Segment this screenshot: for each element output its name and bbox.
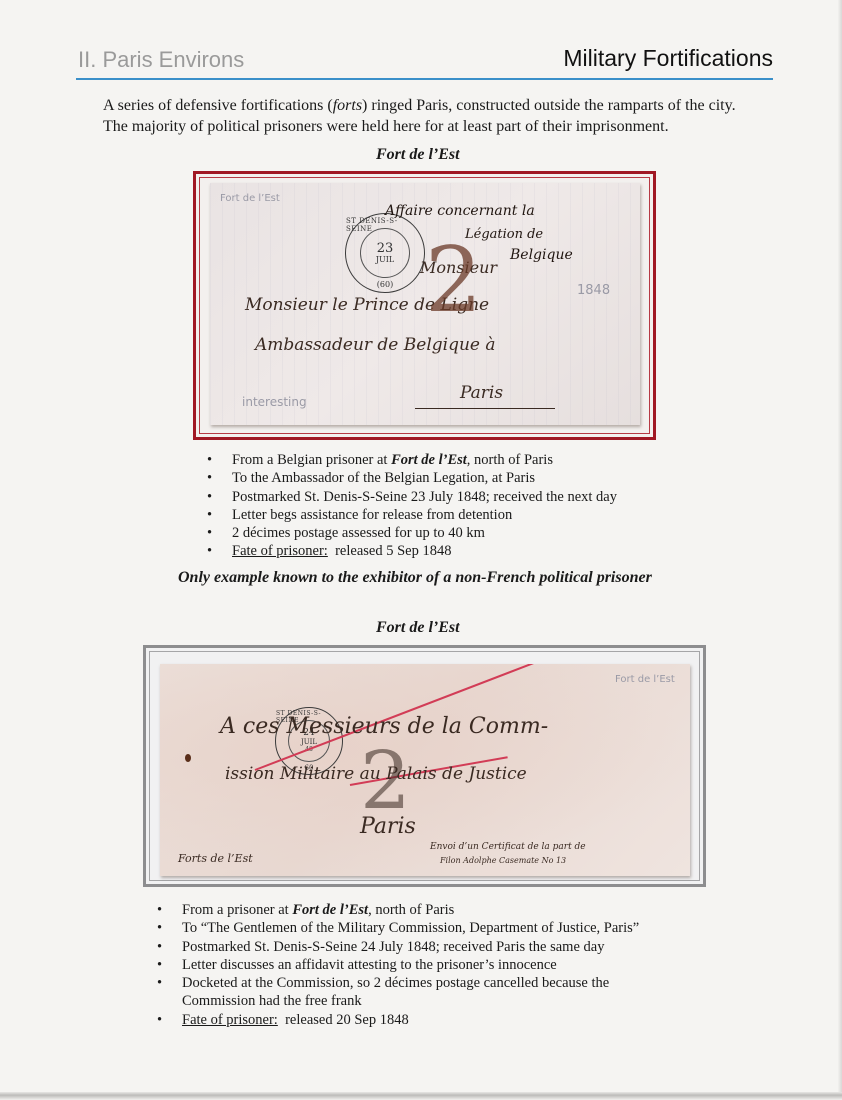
bullet-item: Postmarked St. Denis-S-Seine 23 July 184…	[207, 488, 677, 506]
pencil-annotation: Fort de l’Est	[220, 193, 280, 204]
exhibit-frame: Fort de l’Est ST DENIS-S-SEINE 24 JUIL 4…	[143, 645, 706, 887]
pencil-annotation: Fort de l’Est	[615, 674, 675, 685]
bullet-item: 2 décimes postage assessed for up to 40 …	[207, 524, 677, 542]
docket-line: Affaire concernant la	[385, 203, 535, 219]
docket-line: Envoi d’un Certificat de la part de	[430, 842, 586, 852]
docket-line: Belgique	[510, 247, 573, 263]
bullet-item: Postmarked St. Denis-S-Seine 24 July 184…	[157, 938, 677, 956]
docket-line: Filon Adolphe Casemate No 13	[440, 856, 566, 865]
origin-note: Forts de l’Est	[178, 852, 253, 865]
bullet-item: Fate of prisoner: released 5 Sep 1848	[207, 542, 677, 560]
section-title: II. Paris Environs	[78, 47, 244, 73]
exhibit-caption: Fort de l’Est	[376, 619, 460, 637]
exhibit-bullets: From a prisoner at Fort de l’Est, north …	[157, 901, 677, 1029]
intro-text: A series of defensive fortifications (	[103, 97, 333, 114]
page-edge	[0, 1092, 842, 1100]
pencil-year: 1848	[577, 283, 610, 298]
exhibit-frame: Fort de l’Est 1848 interesting ST DENIS-…	[193, 171, 656, 440]
exhibit-bullets: From a Belgian prisoner at Fort de l’Est…	[207, 451, 677, 561]
page-header: II. Paris Environs Military Fortificatio…	[76, 44, 773, 80]
bullet-item: Docketed at the Commission, so 2 décimes…	[157, 974, 642, 1011]
bullet-item: From a prisoner at Fort de l’Est, north …	[157, 901, 677, 919]
underline-stroke	[415, 408, 555, 409]
page-edge	[838, 0, 842, 1092]
bullet-item: To the Ambassador of the Belgian Legatio…	[207, 469, 677, 487]
ink-blot	[185, 754, 191, 762]
intro-text: ) ringed Paris, constructed outside the …	[362, 97, 736, 114]
bullet-item: Fate of prisoner: released 20 Sep 1848	[157, 1011, 677, 1029]
bullet-item: Letter discusses an affidavit attesting …	[157, 956, 677, 974]
intro-text: The majority of political prisoners were…	[103, 118, 669, 135]
tax-mark: 2	[360, 734, 411, 827]
cover-image: Fort de l’Est 1848 interesting ST DENIS-…	[210, 183, 640, 425]
pencil-annotation: interesting	[242, 395, 307, 409]
exhibit-note: Only example known to the exhibitor of a…	[178, 569, 652, 587]
address-line: Paris	[460, 383, 503, 403]
cover-image: Fort de l’Est ST DENIS-S-SEINE 24 JUIL 4…	[160, 664, 690, 876]
address-line: Ambassadeur de Belgique à	[255, 335, 496, 355]
exhibit-caption: Fort de l’Est	[376, 146, 460, 164]
intro-italic-term: forts	[333, 97, 362, 114]
bullet-item: Letter begs assistance for release from …	[207, 506, 677, 524]
intro-paragraph: A series of defensive fortifications (fo…	[103, 95, 803, 137]
bullet-item: To “The Gentlemen of the Military Commis…	[157, 919, 677, 937]
tax-mark: 2	[425, 228, 482, 333]
page-title: Military Fortifications	[563, 45, 773, 72]
postmark: ST DENIS-S-SEINE 23 JUIL (60)	[345, 213, 425, 293]
bullet-item: From a Belgian prisoner at Fort de l’Est…	[207, 451, 677, 469]
